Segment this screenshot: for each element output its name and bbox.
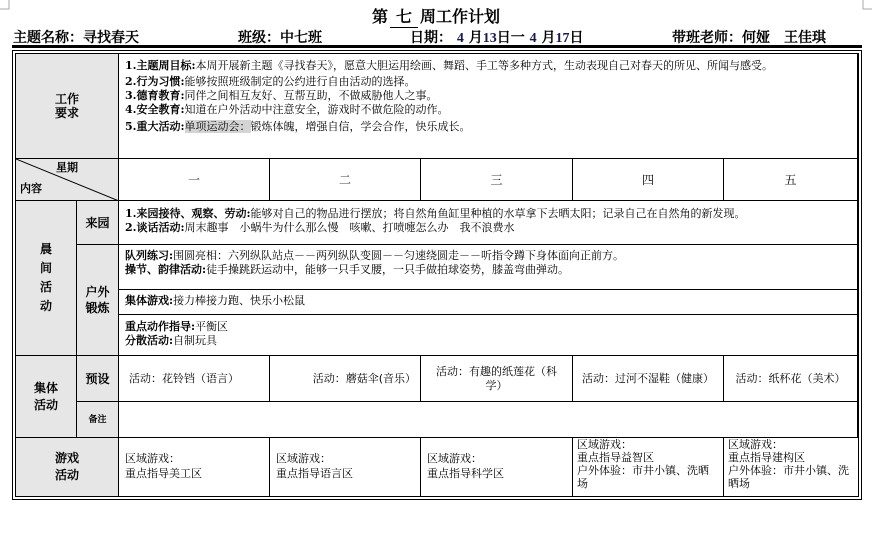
requirement-item: 1.主题周目标:本周开展新主题《寻找春天》，愿意大胆运用绘画、舞蹈、手工等多种方… xyxy=(125,59,851,73)
game-activity-tue: 区域游戏： 重点指导语言区 xyxy=(270,438,421,496)
game-activity-thu: 区域游戏： 重点指导益智区 户外体验：市井小镇、洗晒场 xyxy=(573,438,724,496)
class-label: 班级： xyxy=(238,30,280,46)
game-line: 重点指导语言区 xyxy=(276,466,414,481)
focus-guidance-content: 重点动作指导:平衡区 分散活动:自制玩具 xyxy=(119,315,858,356)
outdoor-item: 重点动作指导:平衡区 xyxy=(125,320,851,334)
label-char: 间 xyxy=(40,259,52,278)
corner-content-label: 内容 xyxy=(20,182,42,196)
day-char: 日 xyxy=(497,30,511,46)
requirement-item: 2.行为习惯:能够按照班级制定的公约进行自由活动的选择。 xyxy=(125,75,851,89)
outdoor-item: 集体游戏:接力棒接力跑、快乐小松鼠 xyxy=(125,294,851,308)
preset-activity-tue: 活动：蘑菇伞(音乐） xyxy=(270,356,421,402)
item-text: 徒手操跳跃运动中，能够一只手叉腰，一只手做拍球姿势，膝盖弯曲弹动。 xyxy=(206,263,569,276)
title-prefix: 第 xyxy=(372,7,388,26)
requirement-item: 4.安全教育:知道在户外活动中注意安全，游戏时不做危险的动作。 xyxy=(125,103,851,117)
preset-activity-thu: 活动：过河不湿鞋（健康） xyxy=(573,356,724,402)
item-title: 2.谈话活动: xyxy=(125,221,185,234)
game-line: 区域游戏： xyxy=(728,438,854,451)
class-field: 班级：中七班 xyxy=(238,27,322,47)
label-line: 锻炼 xyxy=(85,300,109,316)
item-title: 1.来园接待、观察、劳动: xyxy=(125,207,251,220)
corner-week-label: 星期 xyxy=(56,161,78,175)
weekly-plan-table: 工作要求 1.主题周目标:本周开展新主题《寻找春天》，愿意大胆运用绘画、舞蹈、手… xyxy=(12,50,862,500)
page-title: 第七周工作计划 xyxy=(0,4,872,28)
item-title: 分散活动: xyxy=(125,334,173,347)
outdoor-item: 队列练习:围圆亮相：六列纵队站点－－两列纵队变圆－－匀速绕圆走－－听指令蹲下身体… xyxy=(125,249,851,263)
date-end-month: 4 xyxy=(530,31,537,46)
group-games-content: 集体游戏:接力棒接力跑、快乐小松鼠 xyxy=(119,290,858,315)
teacher-field: 带班老师：何娅 王佳琪 xyxy=(672,27,826,47)
arrival-item: 2.谈话活动:周末趣事 小蜗牛为什么那么慢 咳嗽、打喷嚏怎么办 我不浪费水 xyxy=(125,221,851,235)
item-text: 周末趣事 小蜗牛为什么那么慢 咳嗽、打喷嚏怎么办 我不浪费水 xyxy=(185,221,515,234)
item-title: 集体游戏: xyxy=(125,294,173,307)
group-activity-label: 集体活动 xyxy=(16,356,77,438)
game-line: 重点指导美工区 xyxy=(125,466,263,481)
arrival-item: 1.来园接待、观察、劳动:能够对自己的物品进行摆放；将自然角鱼缸里种植的水草拿下… xyxy=(125,207,851,221)
date-label: 日期： xyxy=(410,30,452,46)
month-char: 月 xyxy=(469,30,483,46)
outdoor-exercise-label: 户外锻炼 xyxy=(77,245,119,356)
item-text: 本周开展新主题《寻找春天》，愿意大胆运用绘画、舞蹈、手工等多种方式，生动表现自己… xyxy=(196,59,774,72)
title-suffix: 周工作计划 xyxy=(420,7,500,26)
preset-activity-fri: 活动：纸杯花（美术） xyxy=(724,356,858,402)
game-line: 重点指导科学区 xyxy=(427,466,566,481)
item-text: 平衡区 xyxy=(195,320,228,333)
highlighted-text: 单项运动会： xyxy=(185,120,251,133)
label-line: 工作 xyxy=(55,92,79,106)
month-char: 月 xyxy=(542,30,556,46)
item-text: 自制玩具 xyxy=(173,334,217,347)
teacher-value: 何娅 王佳琪 xyxy=(742,30,826,46)
label-char: 动 xyxy=(40,297,52,316)
label-line: 活动 xyxy=(55,467,79,484)
preset-activity-wed: 活动：有趣的纸莲花（科学） xyxy=(421,356,573,402)
label-char: 活 xyxy=(40,278,52,297)
date-start-day: 13 xyxy=(483,31,497,46)
item-title: 重点动作指导: xyxy=(125,320,195,333)
outdoor-item: 操节、韵律活动:徒手操跳跃运动中，能够一只手叉腰，一只手做拍球姿势，膝盖弯曲弹动… xyxy=(125,263,851,277)
label-char: 晨 xyxy=(40,240,52,259)
item-text: 能够按照班级制定的公约进行自由活动的选择。 xyxy=(185,75,416,88)
label-line: 户外 xyxy=(85,284,109,300)
day-char: 日 xyxy=(570,30,584,46)
game-activity-mon: 区域游戏： 重点指导美工区 xyxy=(119,438,270,496)
outdoor-item: 分散活动:自制玩具 xyxy=(125,334,851,348)
date-field: 日期： 4 月13日一 4 月17日 xyxy=(410,27,584,47)
date-start-month: 4 xyxy=(457,31,464,46)
game-line: 重点指导益智区 xyxy=(577,451,719,464)
item-text: 同伴之间相互友好、互帮互助，不做威胁他人之事。 xyxy=(185,89,438,102)
game-line: 区域游戏： xyxy=(577,438,719,451)
label-line: 要求 xyxy=(55,106,79,120)
item-text: 接力棒接力跑、快乐小松鼠 xyxy=(173,294,305,307)
item-text: 锻炼体魄，增强自信，学会合作，快乐成长。 xyxy=(251,120,471,133)
item-title: 1.主题周目标: xyxy=(125,59,196,72)
item-title: 3.德育教育: xyxy=(125,89,185,102)
requirement-item: 5.重大活动:单项运动会：锻炼体魄，增强自信，学会合作，快乐成长。 xyxy=(125,120,851,134)
class-value: 中七班 xyxy=(280,30,322,46)
game-line: 户外体验：市井小镇、洗晒场 xyxy=(577,464,719,490)
date-end-day: 17 xyxy=(556,31,570,46)
game-activity-wed: 区域游戏： 重点指导科学区 xyxy=(421,438,573,496)
game-line: 区域游戏： xyxy=(125,451,263,466)
game-activity-label: 游戏活动 xyxy=(16,438,119,496)
item-text: 能够对自己的物品进行摆放；将自然角鱼缸里种植的水草拿下去晒太阳；记录自己在自然角… xyxy=(251,207,746,220)
week-content-corner: 星期 内容 xyxy=(16,159,119,201)
item-title: 4.安全教育: xyxy=(125,103,185,116)
game-line: 区域游戏： xyxy=(427,451,566,466)
theme-field: 主题名称：寻找春天 xyxy=(13,27,139,47)
arrival-label: 来园 xyxy=(77,201,119,245)
game-line: 重点指导建构区 xyxy=(728,451,854,464)
item-text: 知道在户外活动中注意安全，游戏时不做危险的动作。 xyxy=(185,103,449,116)
outdoor-drills-content: 队列练习:围圆亮相：六列纵队站点－－两列纵队变圆－－匀速绕圆走－－听指令蹲下身体… xyxy=(119,245,858,290)
label-line: 活动 xyxy=(34,397,58,414)
notes-content xyxy=(119,402,858,438)
theme-label: 主题名称： xyxy=(13,30,83,46)
preset-activity-mon: 活动：花铃铛（语言） xyxy=(119,356,270,402)
game-line: 区域游戏： xyxy=(276,451,414,466)
label-line: 游戏 xyxy=(55,450,79,467)
label-line: 集体 xyxy=(34,380,58,397)
item-title: 2.行为习惯: xyxy=(125,75,185,88)
day-header-fri: 五 xyxy=(724,159,858,201)
item-title: 5.重大活动: xyxy=(125,120,185,133)
week-number: 七 xyxy=(390,4,418,28)
morning-activities-label: 晨 间 活 动 xyxy=(16,201,77,356)
preset-label: 预设 xyxy=(77,356,119,402)
header-divider xyxy=(12,45,862,48)
item-text: 围圆亮相：六列纵队站点－－两列纵队变圆－－匀速绕圆走－－听指令蹲下身体面向正前方… xyxy=(173,249,624,262)
item-title: 操节、韵律活动: xyxy=(125,263,206,276)
requirement-item: 3.德育教育:同伴之间相互友好、互帮互助，不做威胁他人之事。 xyxy=(125,89,851,103)
arrival-content: 1.来园接待、观察、劳动:能够对自己的物品进行摆放；将自然角鱼缸里种植的水草拿下… xyxy=(119,201,858,245)
day-header-tue: 二 xyxy=(270,159,421,201)
day-header-wed: 三 xyxy=(421,159,573,201)
theme-value: 寻找春天 xyxy=(83,30,139,46)
day-header-thu: 四 xyxy=(573,159,724,201)
work-requirements-content: 1.主题周目标:本周开展新主题《寻找春天》，愿意大胆运用绘画、舞蹈、手工等多种方… xyxy=(119,54,858,159)
item-title: 队列练习: xyxy=(125,249,173,262)
game-line: 户外体验：市井小镇、洗晒场 xyxy=(728,464,854,490)
teacher-label: 带班老师： xyxy=(672,30,742,46)
date-separator: 一 xyxy=(511,30,525,46)
day-header-mon: 一 xyxy=(119,159,270,201)
game-activity-fri: 区域游戏： 重点指导建构区 户外体验：市井小镇、洗晒场 xyxy=(724,438,858,496)
work-requirements-label: 工作要求 xyxy=(16,54,119,159)
notes-label: 备注 xyxy=(77,402,119,438)
